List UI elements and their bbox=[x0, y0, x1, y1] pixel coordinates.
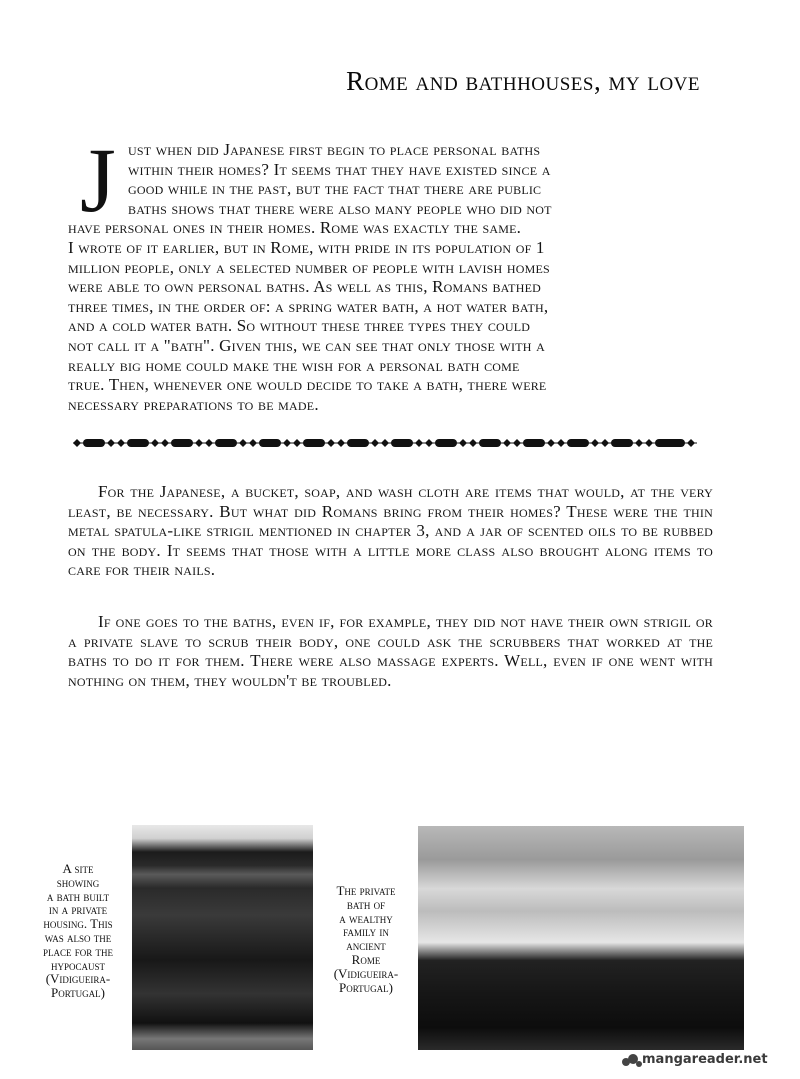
text-line: good while in the past, but the fact tha… bbox=[68, 179, 718, 199]
ruins-site-photo bbox=[132, 825, 313, 1050]
caption-line: housing. This bbox=[28, 917, 128, 931]
caption-line: hypocaust bbox=[28, 959, 128, 973]
text-line: within their homes? It seems that they h… bbox=[68, 160, 718, 180]
caption-line: showing bbox=[28, 876, 128, 890]
text-line: necessary preparations to be made. bbox=[68, 395, 718, 415]
caption-line: (Vidigueira- bbox=[28, 972, 128, 986]
page-title: Rome and bathhouses, my love bbox=[250, 66, 700, 97]
figure-caption-1: A site showing a bath built in a private… bbox=[28, 862, 128, 1000]
text-line: baths shows that there were also many pe… bbox=[68, 199, 718, 219]
ornamental-divider bbox=[73, 437, 697, 449]
figure-caption-2: The private bath of a wealthy family in … bbox=[316, 884, 416, 994]
text-line: I wrote of it earlier, but in Rome, with… bbox=[68, 238, 718, 258]
caption-line: Portugal) bbox=[28, 986, 128, 1000]
caption-line: ancient bbox=[316, 939, 416, 953]
text-line: true. Then, whenever one would decide to… bbox=[68, 375, 718, 395]
splat-logo-icon bbox=[620, 1052, 642, 1068]
scrubbers-paragraph: If one goes to the baths, even if, for e… bbox=[68, 612, 713, 690]
caption-line: a bath built bbox=[28, 890, 128, 904]
private-bath-photo bbox=[418, 826, 744, 1050]
caption-line: The private bbox=[316, 884, 416, 898]
caption-line: family in bbox=[316, 925, 416, 939]
items-paragraph: For the Japanese, a bucket, soap, and wa… bbox=[68, 482, 713, 580]
caption-line: in a private bbox=[28, 903, 128, 917]
caption-line: A site bbox=[28, 862, 128, 876]
text-line: were able to own personal baths. As well… bbox=[68, 277, 718, 297]
text-line: ust when did Japanese first begin to pla… bbox=[68, 140, 718, 160]
caption-line: (Vidigueira- bbox=[316, 967, 416, 981]
text-line: really big home could make the wish for … bbox=[68, 356, 718, 376]
caption-line: Portugal) bbox=[316, 981, 416, 995]
text-line: not call it a "bath". Given this, we can… bbox=[68, 336, 718, 356]
text-line: three times, in the order of: a spring w… bbox=[68, 297, 718, 317]
caption-line: Rome bbox=[316, 953, 416, 967]
caption-line: was also the bbox=[28, 931, 128, 945]
caption-line: bath of bbox=[316, 898, 416, 912]
text-line: have personal ones in their homes. Rome … bbox=[68, 218, 718, 238]
text-line: and a cold water bath. So without these … bbox=[68, 316, 718, 336]
caption-line: a wealthy bbox=[316, 912, 416, 926]
watermark: mangareader.net bbox=[642, 1052, 768, 1067]
text-line: million people, only a selected number o… bbox=[68, 258, 718, 278]
caption-line: place for the bbox=[28, 945, 128, 959]
intro-paragraph: ust when did Japanese first begin to pla… bbox=[68, 140, 718, 414]
